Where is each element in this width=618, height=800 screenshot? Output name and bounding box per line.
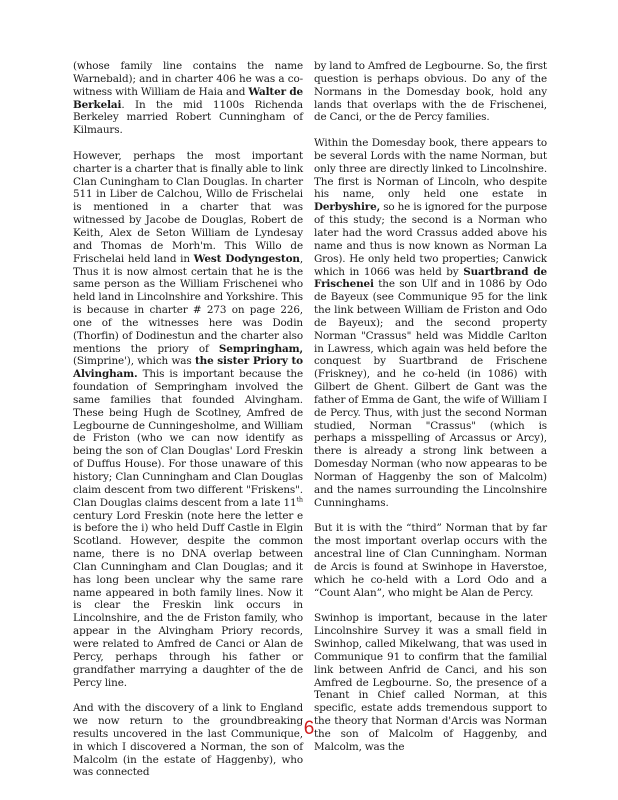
text: This is important because the foundation…: [73, 368, 303, 508]
text: Within the Domesday book, there appears …: [314, 137, 547, 200]
bold-place: Derbyshire,: [314, 201, 380, 213]
ordinal-superscript: th: [296, 495, 303, 503]
paragraph-first-question: by land to Amfred de Legbourne. So, the …: [314, 60, 547, 124]
right-column: by land to Amfred de Legbourne. So, the …: [314, 60, 547, 766]
paragraph-charter-511: However, perhaps the most important char…: [73, 150, 303, 689]
text: the son Ulf and in 1086 by Odo de Bayeux…: [314, 278, 547, 508]
text: And with the discovery of a link to Engl…: [73, 702, 303, 778]
paragraph-domesday-normans: Within the Domesday book, there appears …: [314, 137, 547, 509]
paragraph-link-to-england: And with the discovery of a link to Engl…: [73, 702, 303, 779]
text: But it is with the “third” Norman that b…: [314, 522, 547, 598]
bold-place: West Dodyngeston: [194, 253, 300, 265]
text: However, perhaps the most important char…: [73, 150, 303, 265]
paragraph-third-norman: But it is with the “third” Norman that b…: [314, 522, 547, 599]
left-column: (whose family line contains the name War…: [73, 60, 303, 792]
page-number: 6: [0, 718, 618, 740]
text: , Thus it is now almost certain that he …: [73, 253, 303, 355]
paragraph-berkelai: (whose family line contains the name War…: [73, 60, 303, 137]
text: by land to Amfred de Legbourne. So, the …: [314, 60, 547, 123]
document-page: (whose family line contains the name War…: [0, 0, 618, 800]
text: (Simprine'), which was: [73, 355, 195, 367]
text: century Lord Freskin (note here the lett…: [73, 510, 303, 689]
bold-place: Sempringham,: [219, 343, 303, 355]
